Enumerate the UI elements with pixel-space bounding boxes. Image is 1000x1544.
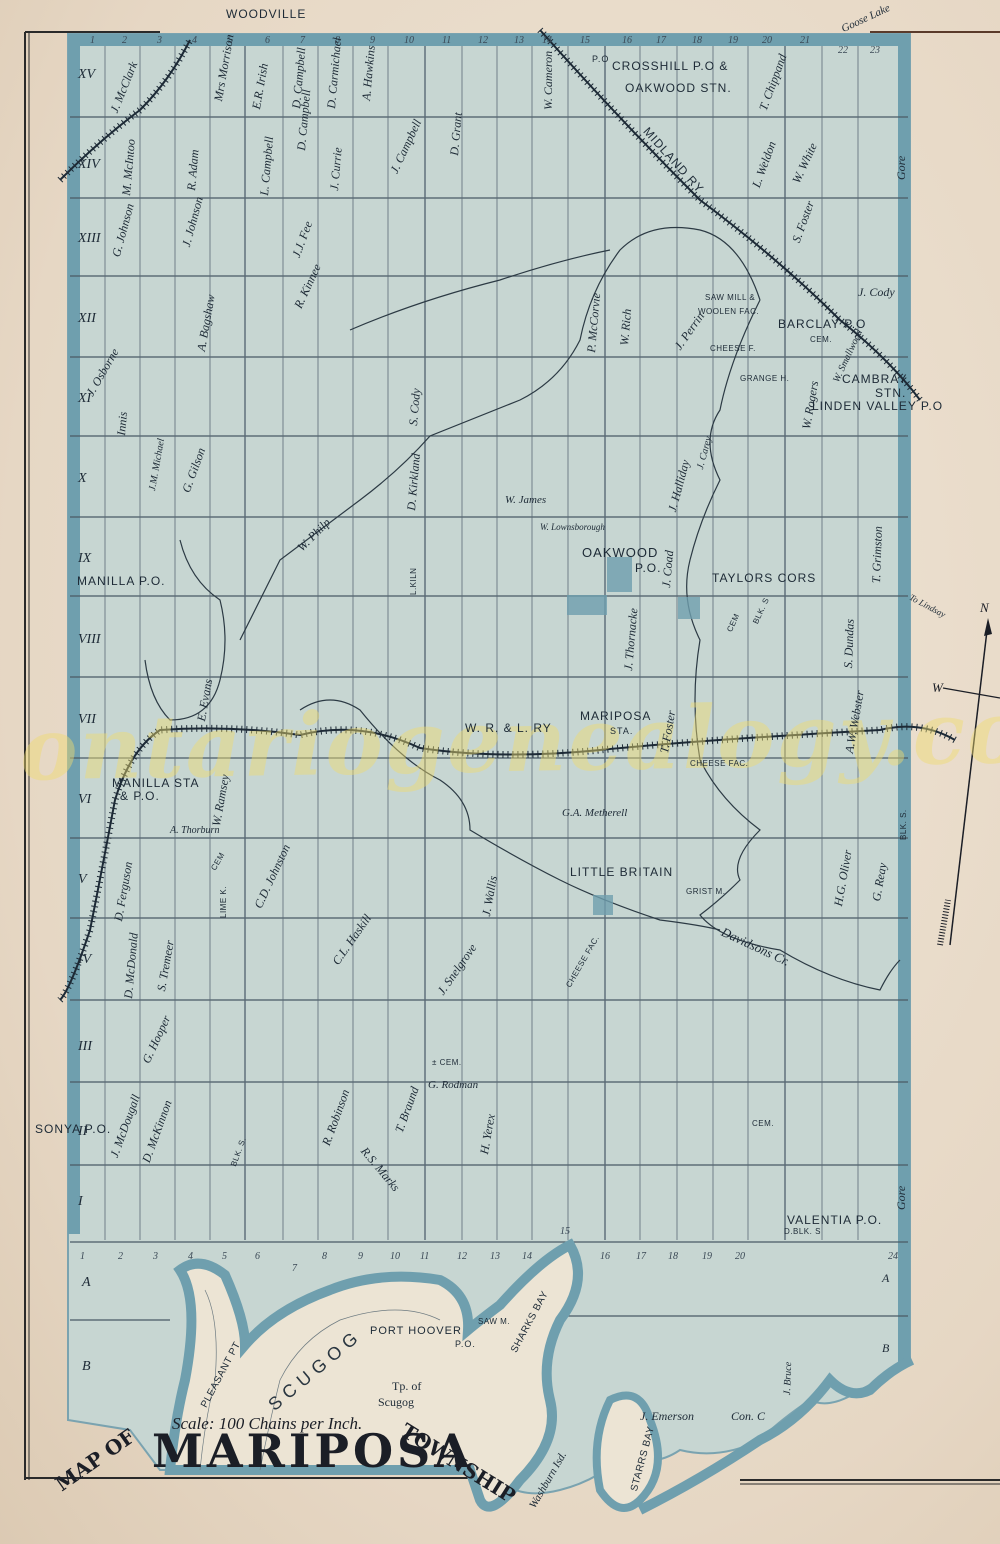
lot-number: 3 [157,36,162,46]
concession-label: XII [78,312,96,326]
concession-label: VIII [78,633,101,647]
place-barclay-po: BARCLAY P.O [778,318,866,330]
place-cambray-stn: STN. [875,387,906,399]
concession-label: IV [78,953,91,967]
place-cemetery: CEM. [752,1120,774,1128]
map-graphics [0,0,1000,1544]
lot-number: 13 [514,36,524,46]
lot-number: 18 [668,1252,678,1262]
owner-label: J. Coad [660,550,675,588]
lot-number: 7 [292,1264,297,1274]
lot-number: 11 [442,36,451,46]
place-port-hoover-po: P.O. [455,1340,476,1349]
place-cemetery: ± CEM. [432,1059,462,1067]
owner-label: R. Adam [185,149,201,191]
lot-number: 11 [420,1252,429,1262]
lot-number: 12 [457,1252,467,1262]
lot-number: 4 [192,36,197,46]
place-con-c: Con. C [731,1410,765,1422]
compass-north: N [980,600,989,616]
place-oakwood-po: P.O. [635,562,661,574]
lot-number: 6 [265,36,270,46]
owner-label: J. Bruce [783,1362,794,1396]
lot-number: 1 [80,1252,85,1262]
lot-number: 19 [702,1252,712,1262]
lot-number: 21 [800,36,810,46]
owner-label: D. Grant [448,112,464,156]
owner-label: W. Lownsborough [540,523,605,532]
lot-number: 15 [560,1227,570,1237]
lot-number: 17 [636,1252,646,1262]
lot-number: 9 [358,1252,363,1262]
place-saw-mill-2: SAW M. [478,1318,510,1326]
place-railway-wrlr: W. R. & L. RY [465,722,552,734]
place-manilla-po: MANILLA P.O. [77,575,165,587]
lot-number: 16 [622,36,632,46]
lot-number: 4 [188,1252,193,1262]
lot-number: 17 [656,36,666,46]
owner-label: T. Grimston [870,526,884,584]
lot-number: 1 [90,36,95,46]
lot-number: 2 [118,1252,123,1262]
concession-label: XIII [78,232,101,246]
lot-number: 15 [580,36,590,46]
owner-label: S. Dundas [842,619,856,669]
lot-number: 19 [728,36,738,46]
concession-label: B [82,1360,91,1374]
owner-label: W. Cameron [542,51,554,110]
place-tp-of: Tp. of [392,1380,421,1392]
place-con-b-right: B [882,1342,889,1354]
lot-number: 10 [404,36,414,46]
place-lime-kiln: L.KILN [410,568,418,595]
concession-label: VII [78,713,96,727]
place-d-blacksmith: D.BLK. S [784,1228,821,1236]
concession-label: VI [78,793,91,807]
place-tp-scugog: Scugog [378,1396,414,1408]
lot-number: 14 [522,1252,532,1262]
owner-label: W. James [505,495,546,506]
owner-label: Innis [115,411,129,436]
lot-number: 13 [490,1252,500,1262]
place-crosshill: CROSSHILL P.O & [612,60,728,72]
concession-label: XIV [78,158,100,172]
owner-label: W. Rich [618,308,633,346]
lot-number: 23 [870,46,880,56]
place-cambray: CAMBRAY [842,373,907,385]
place-crosshill-po: P.O [592,55,609,64]
place-little-britain: LITTLE BRITAIN [570,866,673,878]
place-saw-mill: SAW MILL & [705,294,755,302]
place-port-hoover: PORT HOOVER [370,1326,462,1337]
place-gore-bottom: Gore [895,1186,907,1210]
place-sonya-po: SONYA P.O. [35,1123,111,1135]
place-cheese-factory: CHEESE FAC. [690,760,748,768]
lot-number: 24 [888,1252,898,1262]
place-lime-kiln-2: LIME K. [220,886,228,918]
place-gore-top: Gore [895,156,907,180]
concession-label: XV [78,68,95,82]
place-cheese-factory: CHEESE F. [710,345,756,353]
lot-number: 12 [478,36,488,46]
owner-label: G. Rodman [428,1080,478,1091]
lot-number: 20 [762,36,772,46]
concession-label: V [78,873,87,887]
concession-label: X [78,472,87,486]
concession-label: IX [78,552,91,566]
place-con-a-right: A [882,1272,889,1284]
place-valentia-po: VALENTIA P.O. [787,1214,882,1226]
concession-label: I [78,1195,83,1209]
compass-west: W [932,680,943,696]
lot-number: 6 [255,1252,260,1262]
lot-number: 2 [122,36,127,46]
owner-label: J. Emerson [640,1410,694,1422]
lot-number: 22 [838,46,848,56]
owner-label: S. Cody [407,388,422,426]
place-mariposa-sta: STA. [610,727,633,736]
place-mariposa-station: MARIPOSA [580,710,651,722]
concession-label: A [82,1276,91,1290]
lot-number: 8 [322,1252,327,1262]
place-cemetery: CEM. [810,336,832,344]
owner-label: A. Thorburn [170,826,219,836]
place-grange-hall: GRANGE H. [740,375,789,383]
lot-number: 7 [300,36,305,46]
place-woolen-factory: WOOLEN FAC. [698,308,759,316]
place-taylors-corners: TAYLORS CORS [712,572,816,584]
lot-number: 3 [153,1252,158,1262]
place-grist-mill: GRIST M. [686,888,725,896]
owner-label: J. Cody [858,286,895,298]
place-manilla-sta-po: & P.O. [120,790,160,802]
place-oakwood: OAKWOOD [582,546,658,559]
owner-label: G.A. Metherell [562,808,627,819]
place-blacksmith: BLK. S. [900,809,908,840]
lot-number: 5 [222,1252,227,1262]
lot-number: 16 [600,1252,610,1262]
place-linden-valley-po: LINDEN VALLEY P.O [812,400,943,412]
concession-label: III [78,1040,92,1054]
place-woodville: WOODVILLE [226,8,306,20]
lot-number: 10 [390,1252,400,1262]
lot-number: 14 [542,36,552,46]
place-oakwood-stn: OAKWOOD STN. [625,82,732,94]
lot-number: 20 [735,1252,745,1262]
place-manilla-station: MANILLA STA [112,777,199,789]
lot-number: 18 [692,36,702,46]
owner-label: J. Currie [328,147,344,191]
